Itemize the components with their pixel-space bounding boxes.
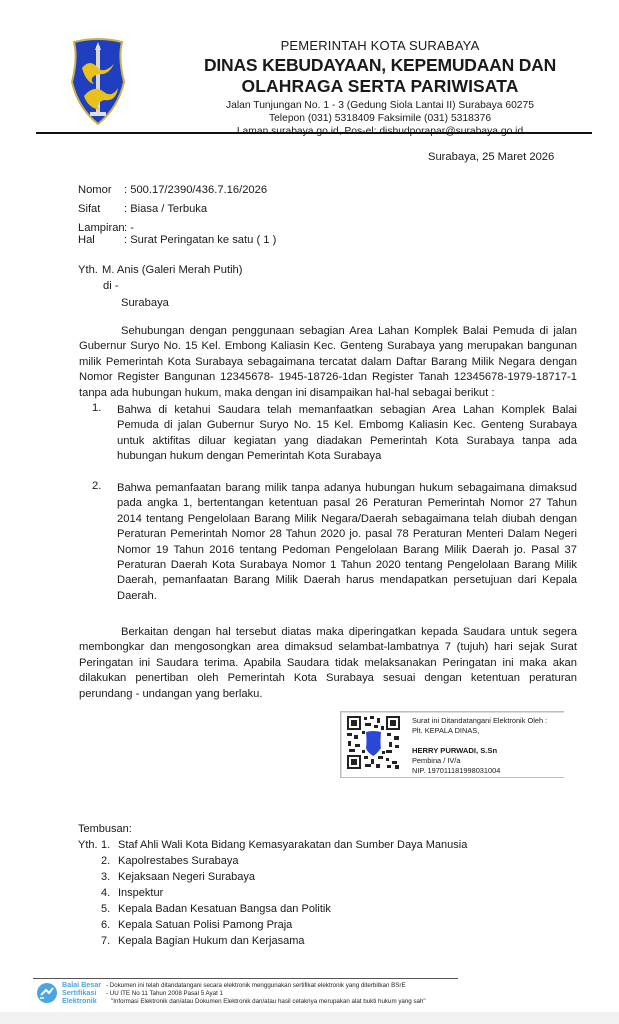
meta-hal: Hal: Surat Peringatan ke satu ( 1 )	[78, 234, 276, 246]
recipient-prefix: Yth.	[78, 264, 98, 276]
letterhead-divider	[36, 132, 592, 134]
point-number: 1.	[92, 402, 101, 414]
intro-paragraph: Sehubungan dengan penggunaan sebagian Ar…	[79, 324, 577, 401]
tembusan-item: 7.Kepala Bagian Hukum dan Kerjasama	[0, 935, 619, 951]
point-text: Bahwa pemanfaatan barang milik tanpa ada…	[117, 481, 577, 604]
tembusan-item: 4.Inspektur	[0, 887, 619, 903]
signer-nip: NIP. 197011181998031004	[412, 766, 500, 775]
bsre-logo-icon	[36, 982, 58, 1004]
letter-date: Surabaya, 25 Maret 2026	[428, 151, 554, 163]
department-name-line2: OLAHRAGA SERTA PARIWISATA	[170, 76, 590, 97]
page-bottom-strip	[0, 1012, 619, 1024]
point-text: Bahwa di ketahui Saudara telah memanfaat…	[117, 403, 577, 465]
meta-nomor: Nomor: 500.17/2390/436.7.16/2026	[78, 184, 267, 196]
recipient-name: M. Anis (Galeri Merah Putih)	[102, 264, 243, 276]
office-address: Jalan Tunjungan No. 1 - 3 (Gedung Siola …	[170, 100, 590, 111]
footer-divider	[33, 978, 458, 979]
qr-code-icon	[345, 714, 402, 771]
surabaya-city-emblem-icon	[68, 38, 128, 126]
tembusan-item: 2.Kapolrestabes Surabaya	[0, 855, 619, 871]
signer-name: HERRY PURWADI, S.Sn	[412, 746, 497, 755]
signer-position: Plt. KEPALA DINAS,	[412, 726, 479, 735]
meta-sifat: Sifat: Biasa / Terbuka	[78, 203, 207, 215]
bsre-brand: Balai Besar Sertifikasi Elektronik	[62, 981, 101, 1005]
department-name-line1: DINAS KEBUDAYAAN, KEPEMUDAAN DAN	[170, 55, 590, 76]
closing-paragraph: Berkaitan dengan hal tersebut diatas mak…	[79, 625, 577, 702]
recipient-city: Surabaya	[121, 297, 169, 309]
tembusan-item: 6.Kepala Satuan Polisi Pamong Praja	[0, 919, 619, 935]
tembusan-item: 3.Kejaksaan Negeri Surabaya	[0, 871, 619, 887]
recipient-di: di -	[103, 280, 119, 292]
point-number: 2.	[92, 480, 101, 492]
tembusan-title: Tembusan:	[78, 823, 132, 835]
government-name: PEMERINTAH KOTA SURABAYA	[170, 38, 590, 53]
office-phone: Telepon (031) 5318409 Faksimile (031) 53…	[170, 113, 590, 124]
signer-rank: Pembina / IV/a	[412, 756, 460, 765]
meta-lampiran: Lampiran: -	[78, 222, 134, 234]
footer-note-quote: "Informasi Elektronik dan/atau Dokumen E…	[111, 998, 426, 1006]
tembusan-item: 5.Kepala Badan Kesatuan Bangsa dan Polit…	[0, 903, 619, 919]
tembusan-item: 1.Staf Ahli Wali Kota Bidang Kemasyaraka…	[0, 839, 619, 855]
signature-statement: Surat ini Ditandatangani Elektronik Oleh…	[412, 716, 547, 725]
